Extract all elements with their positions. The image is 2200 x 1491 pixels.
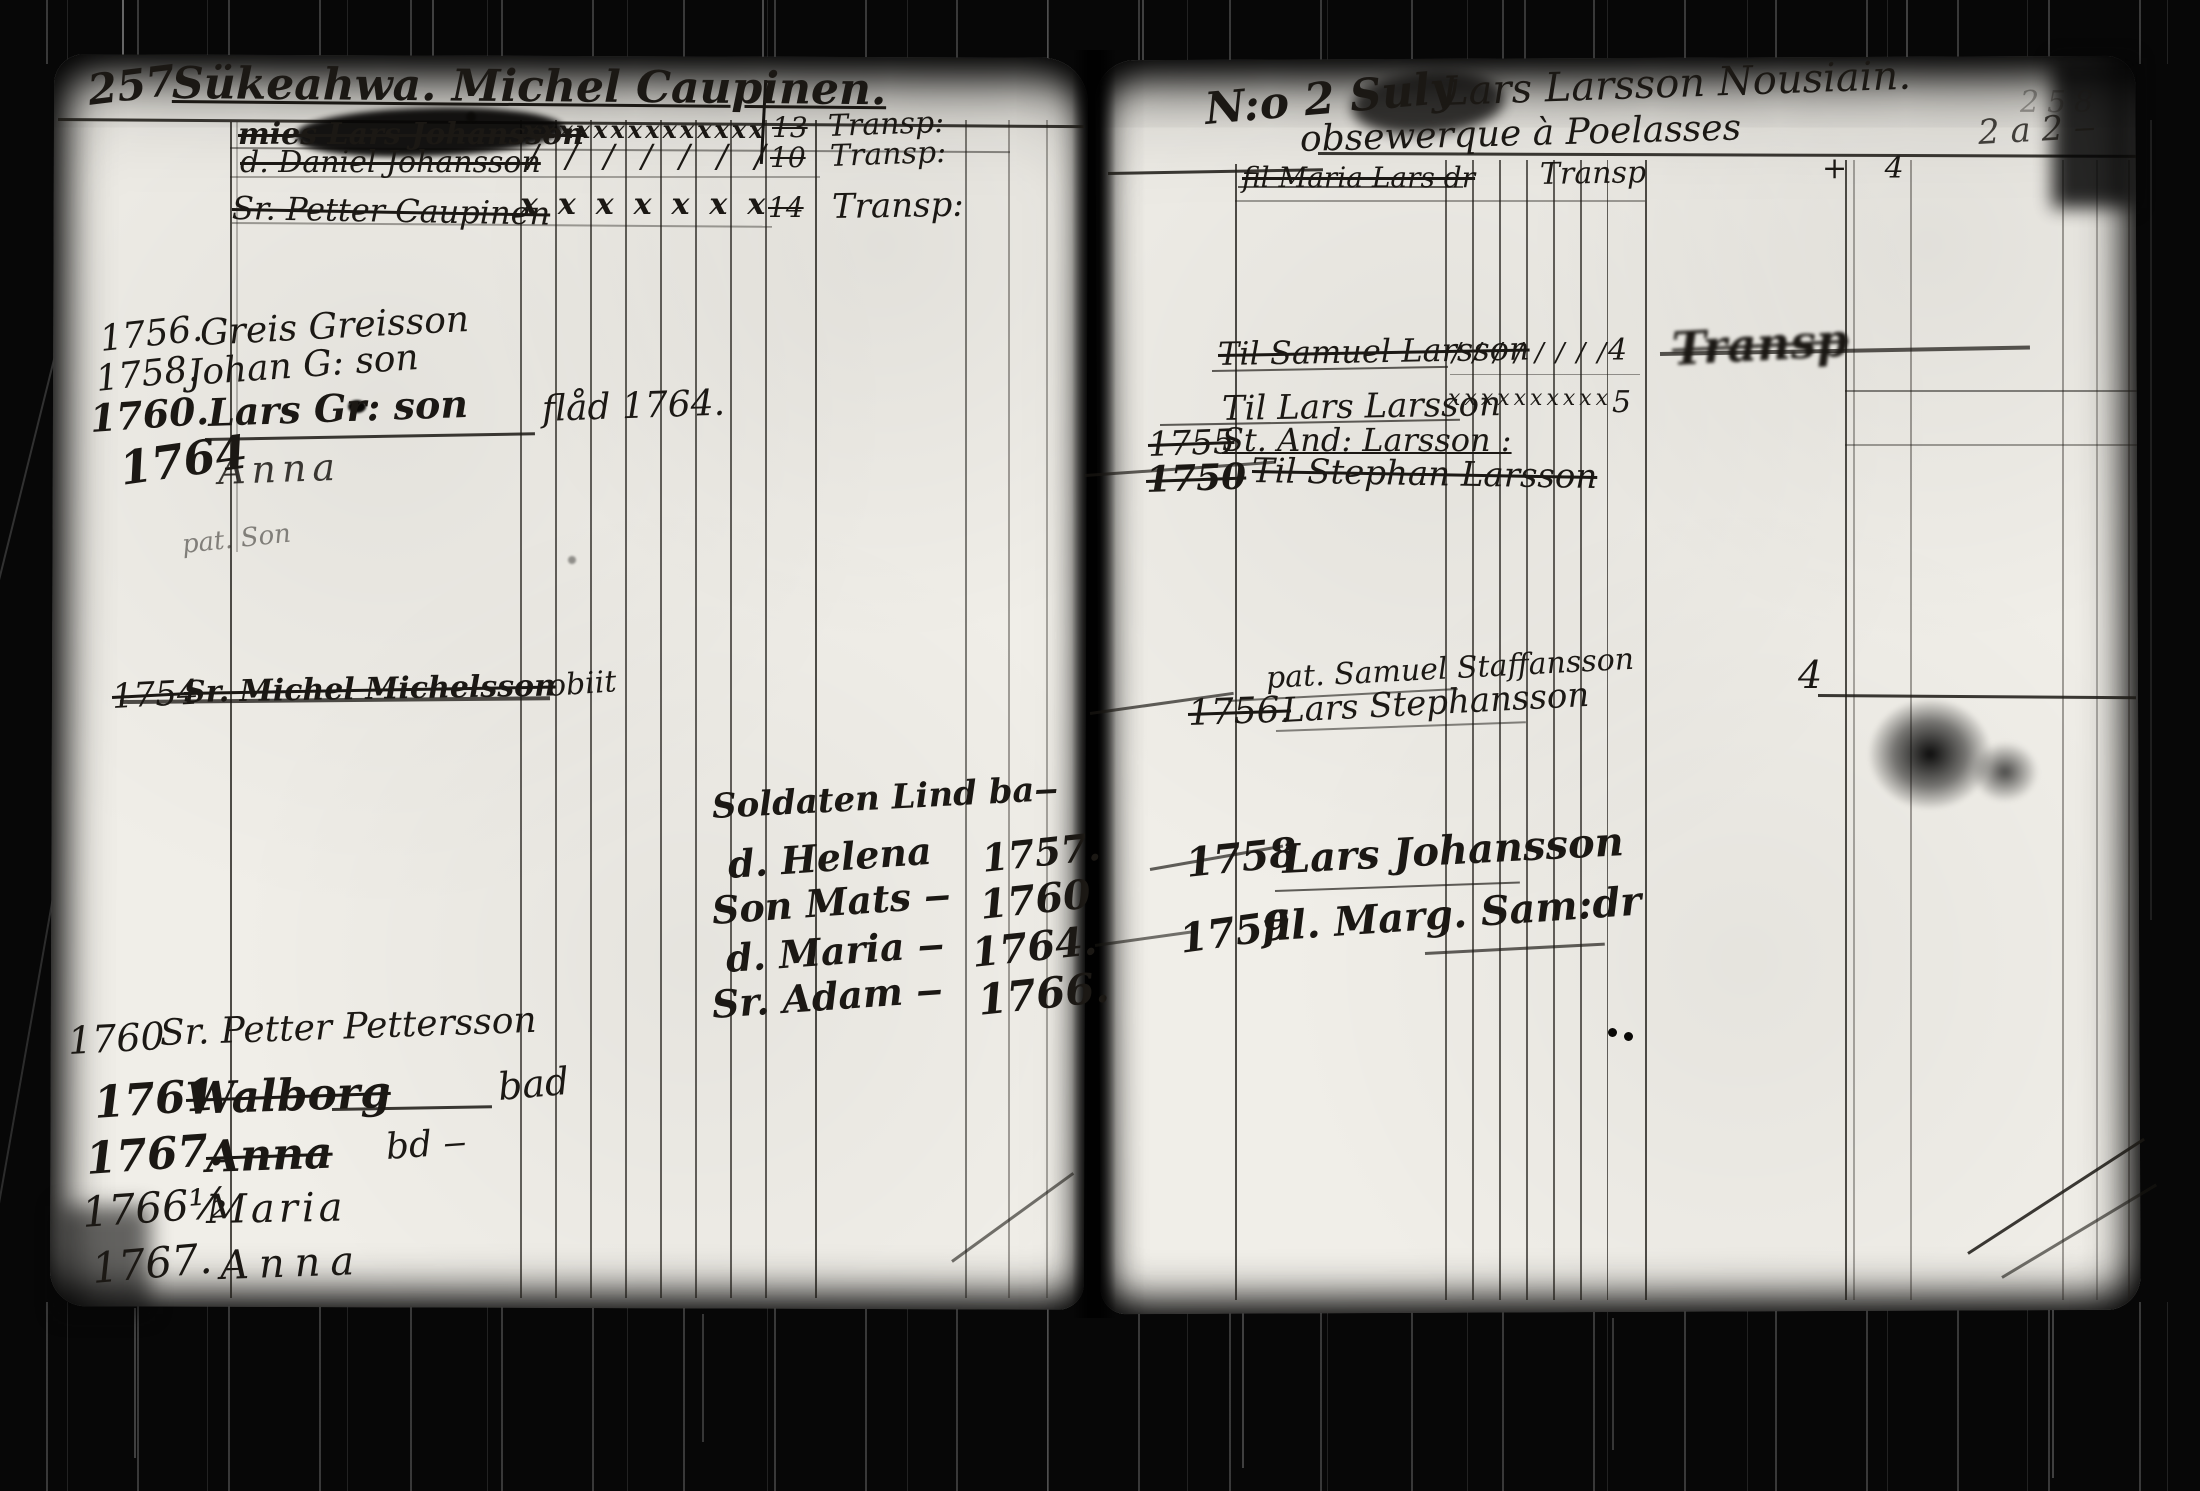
entry-note: bd ‒ xyxy=(385,1124,468,1166)
ink-stain-blob xyxy=(1972,742,2038,802)
entry-year: 1767. xyxy=(84,1128,225,1182)
page-title: Sükeahwa. Michel Caupinen. xyxy=(172,62,887,112)
column-rule xyxy=(2062,160,2064,1300)
transp-box-rule xyxy=(1845,444,2137,446)
film-scratch xyxy=(1524,0,1526,60)
table-row-name: Sr. Petter Caupinen xyxy=(232,192,551,230)
film-scratches-bottom xyxy=(0,1302,2200,1491)
entry-note: bad xyxy=(496,1062,570,1106)
page-number: 257 xyxy=(85,59,177,111)
tally-marks: /////// xyxy=(528,140,792,172)
film-scan-frame: 257 Sükeahwa. Michel Caupinen. mies Lars… xyxy=(0,0,2200,1491)
column-rule xyxy=(1046,120,1048,1298)
entry-name: Walborg xyxy=(185,1071,391,1122)
column-rule xyxy=(965,120,967,1298)
transp-label: Transp: xyxy=(829,138,946,172)
right-page xyxy=(1095,56,2140,1315)
film-scratch xyxy=(2052,1308,2054,1478)
header-subtitle-tail: 2 a 2 ‒ xyxy=(1977,110,2096,150)
column-rule xyxy=(1853,160,1855,1300)
entry-name: Anna xyxy=(219,1241,365,1286)
page-gutter-shadow xyxy=(1072,50,1116,1318)
transp-box-rule xyxy=(1845,390,2137,392)
film-scratch xyxy=(762,0,764,58)
row-strike-line xyxy=(1238,186,1463,188)
ink-dot xyxy=(1608,1028,1617,1037)
table-row-name: d. Daniel Johansson xyxy=(240,148,541,178)
tally-sum: 14 xyxy=(768,194,804,222)
film-scratch xyxy=(1142,0,1144,66)
film-scratch xyxy=(702,1314,704,1442)
entry-note: obiit xyxy=(547,667,617,702)
film-scratch xyxy=(432,0,434,62)
entry-name: Anna xyxy=(217,448,341,490)
tally-sum: 5 xyxy=(1612,388,1631,418)
film-scratch xyxy=(134,1308,136,1458)
entry-name: Anna xyxy=(205,1132,333,1180)
film-scratch xyxy=(1242,1310,1244,1468)
transp-label: Transp: xyxy=(832,188,964,224)
entry-note: flåd 1764. xyxy=(541,386,725,428)
tally-column-rules xyxy=(520,120,770,1298)
tally-sum: 4 xyxy=(1798,656,1822,694)
transp-label-smudged: Transp xyxy=(1671,317,1850,372)
tally-marks: xxxxxxxxxx xyxy=(1448,388,1612,410)
film-scratch-diagonal xyxy=(0,883,56,1297)
tally-sum: 10 xyxy=(770,144,806,172)
column-rule xyxy=(1645,160,1647,1300)
entry-name: Lars Gr: son xyxy=(207,385,468,432)
tally-right-marks: + 4 xyxy=(1822,154,1918,184)
tally-marks: xxxxxxx xyxy=(520,190,785,220)
transp-label: Transp xyxy=(1540,158,1647,190)
column-rule xyxy=(1008,120,1010,1298)
tally-marks: //////// xyxy=(1452,340,1618,366)
ink-dot xyxy=(568,556,576,564)
tally-sum: 4 xyxy=(1608,336,1627,366)
film-scratch xyxy=(2150,120,2152,920)
film-scratch xyxy=(1612,1318,1614,1450)
column-rule xyxy=(2128,160,2130,1300)
table-row-name: Til Stephan Larsson xyxy=(1252,454,1598,494)
entry-year: 1767. xyxy=(90,1238,213,1290)
entry-name: Maria xyxy=(206,1188,347,1230)
column-rule xyxy=(2096,160,2098,1300)
entry-year: 1760 xyxy=(67,1017,166,1060)
column-rule xyxy=(815,120,817,1298)
